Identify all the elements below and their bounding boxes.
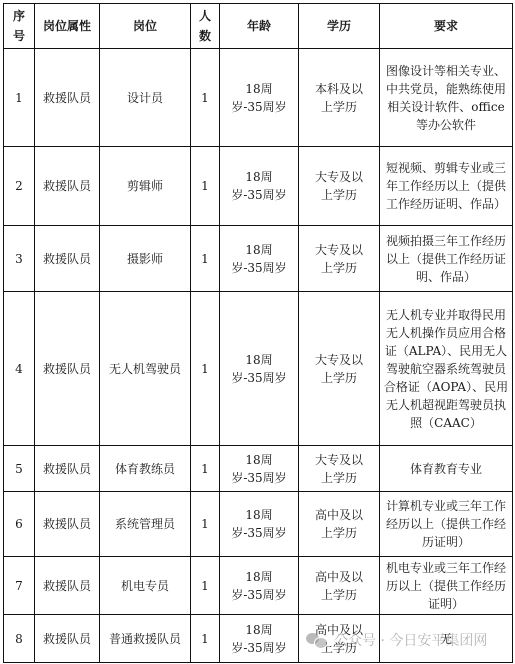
cell-education: 大专及以上学历	[299, 292, 380, 446]
cell-index: 4	[4, 292, 35, 446]
cell-attribute: 救援队员	[35, 615, 100, 663]
cell-position: 摄影师	[100, 226, 191, 292]
cell-position: 剪辑师	[100, 147, 191, 226]
cell-requirements: 计算机专业或三年工作经历以上（提供工作经历证明）	[380, 492, 513, 557]
table-row: 1 救援队员 设计员 1 18周岁-35周岁 本科及以上学历 图像设计等相关专业…	[4, 49, 513, 147]
cell-index: 7	[4, 557, 35, 615]
table-row: 3 救援队员 摄影师 1 18周岁-35周岁 大专及以上学历 视频拍摄三年工作经…	[4, 226, 513, 292]
cell-age: 18周岁-35周岁	[220, 226, 299, 292]
cell-attribute: 救援队员	[35, 49, 100, 147]
cell-attribute: 救援队员	[35, 557, 100, 615]
table-row: 5 救援队员 体育教练员 1 18周岁-35周岁 大专及以上学历 体育教育专业	[4, 446, 513, 492]
cell-requirements: 无人机专业并取得民用无人机操作员应用合格证（ALPA）、民用无人驾驶航空器系统驾…	[380, 292, 513, 446]
cell-index: 6	[4, 492, 35, 557]
cell-age: 18周岁-35周岁	[220, 615, 299, 663]
header-count: 人数	[191, 4, 220, 49]
cell-count: 1	[191, 49, 220, 147]
cell-education: 高中及以上学历	[299, 492, 380, 557]
cell-requirements: 短视频、剪辑专业或三年工作经历以上（提供工作经历证明、作品）	[380, 147, 513, 226]
header-requirements: 要求	[380, 4, 513, 49]
cell-position: 系统管理员	[100, 492, 191, 557]
table-row: 4 救援队员 无人机驾驶员 1 18周岁-35周岁 大专及以上学历 无人机专业并…	[4, 292, 513, 446]
cell-position: 普通救援队员	[100, 615, 191, 663]
cell-count: 1	[191, 446, 220, 492]
recruitment-table: 序号 岗位属性 岗位 人数 年龄 学历 要求 1 救援队员 设计员 1 18周岁…	[3, 3, 513, 663]
cell-requirements: 图像设计等相关专业、中共党员，能熟练使用相关设计软件、office等办公软件	[380, 49, 513, 147]
cell-education: 高中及以上学历	[299, 615, 380, 663]
cell-requirements: 体育教育专业	[380, 446, 513, 492]
cell-count: 1	[191, 557, 220, 615]
cell-position: 设计员	[100, 49, 191, 147]
cell-index: 1	[4, 49, 35, 147]
cell-attribute: 救援队员	[35, 446, 100, 492]
table-row: 6 救援队员 系统管理员 1 18周岁-35周岁 高中及以上学历 计算机专业或三…	[4, 492, 513, 557]
cell-count: 1	[191, 492, 220, 557]
cell-index: 2	[4, 147, 35, 226]
table-row: 8 救援队员 普通救援队员 1 18周岁-35周岁 高中及以上学历 无	[4, 615, 513, 663]
header-age: 年龄	[220, 4, 299, 49]
cell-index: 3	[4, 226, 35, 292]
header-education: 学历	[299, 4, 380, 49]
cell-position: 体育教练员	[100, 446, 191, 492]
cell-index: 8	[4, 615, 35, 663]
cell-attribute: 救援队员	[35, 147, 100, 226]
cell-count: 1	[191, 147, 220, 226]
cell-attribute: 救援队员	[35, 292, 100, 446]
header-attribute: 岗位属性	[35, 4, 100, 49]
cell-age: 18周岁-35周岁	[220, 446, 299, 492]
cell-requirements: 机电专业或三年工作经历以上（提供工作经历证明）	[380, 557, 513, 615]
cell-attribute: 救援队员	[35, 226, 100, 292]
cell-education: 大专及以上学历	[299, 147, 380, 226]
table-row: 2 救援队员 剪辑师 1 18周岁-35周岁 大专及以上学历 短视频、剪辑专业或…	[4, 147, 513, 226]
cell-education: 高中及以上学历	[299, 557, 380, 615]
cell-requirements: 无	[380, 615, 513, 663]
cell-age: 18周岁-35周岁	[220, 492, 299, 557]
cell-attribute: 救援队员	[35, 492, 100, 557]
cell-position: 机电专员	[100, 557, 191, 615]
header-position: 岗位	[100, 4, 191, 49]
cell-age: 18周岁-35周岁	[220, 557, 299, 615]
table-row: 7 救援队员 机电专员 1 18周岁-35周岁 高中及以上学历 机电专业或三年工…	[4, 557, 513, 615]
header-row: 序号 岗位属性 岗位 人数 年龄 学历 要求	[4, 4, 513, 49]
cell-education: 本科及以上学历	[299, 49, 380, 147]
cell-age: 18周岁-35周岁	[220, 292, 299, 446]
cell-education: 大专及以上学历	[299, 226, 380, 292]
cell-index: 5	[4, 446, 35, 492]
cell-age: 18周岁-35周岁	[220, 147, 299, 226]
cell-age: 18周岁-35周岁	[220, 49, 299, 147]
cell-requirements: 视频拍摄三年工作经历以上（提供工作经历证明、作品）	[380, 226, 513, 292]
cell-position: 无人机驾驶员	[100, 292, 191, 446]
cell-count: 1	[191, 226, 220, 292]
cell-count: 1	[191, 615, 220, 663]
cell-count: 1	[191, 292, 220, 446]
cell-education: 大专及以上学历	[299, 446, 380, 492]
header-index: 序号	[4, 4, 35, 49]
